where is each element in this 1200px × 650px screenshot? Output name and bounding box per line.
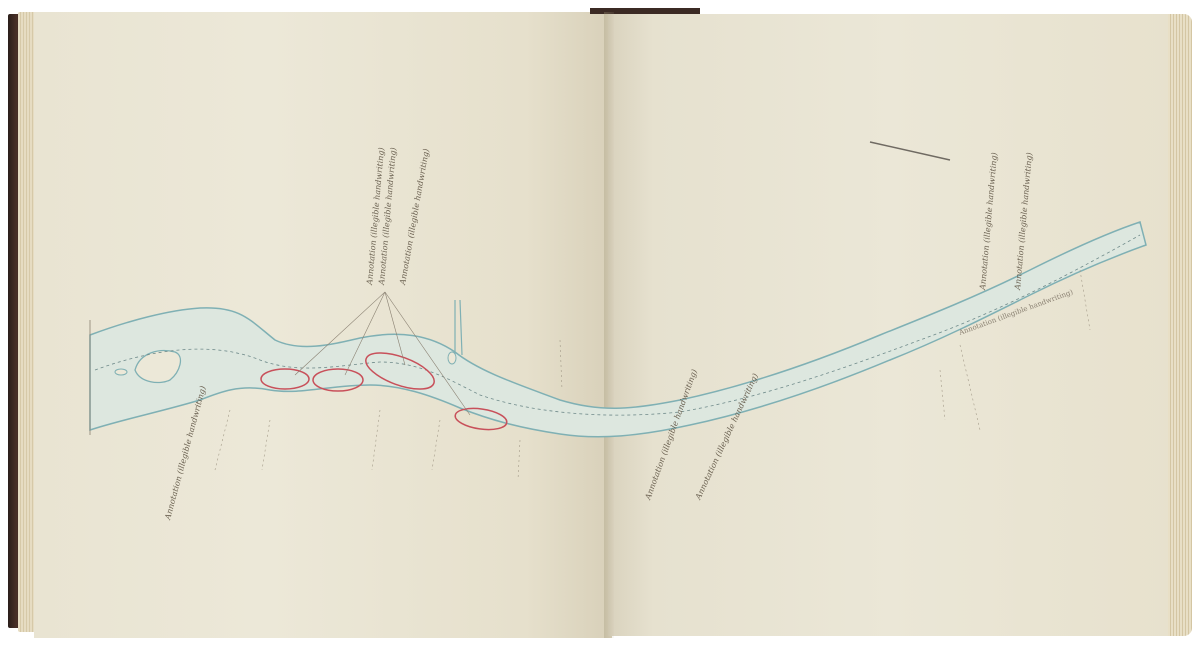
annotation-center-1: Annotation (illegible handwriting) — [643, 368, 699, 502]
annotation-top-3: Annotation (illegible handwriting) — [398, 148, 431, 286]
north-arrow — [870, 142, 950, 160]
annotation-right-1: Annotation (illegible handwriting) — [978, 152, 999, 291]
open-book: Annotation (illegible handwriting) Annot… — [0, 0, 1200, 650]
small-islet — [115, 369, 127, 375]
tributary — [455, 300, 462, 355]
tributary-pool — [448, 352, 456, 364]
river-map: Annotation (illegible handwriting) Annot… — [0, 0, 1200, 650]
